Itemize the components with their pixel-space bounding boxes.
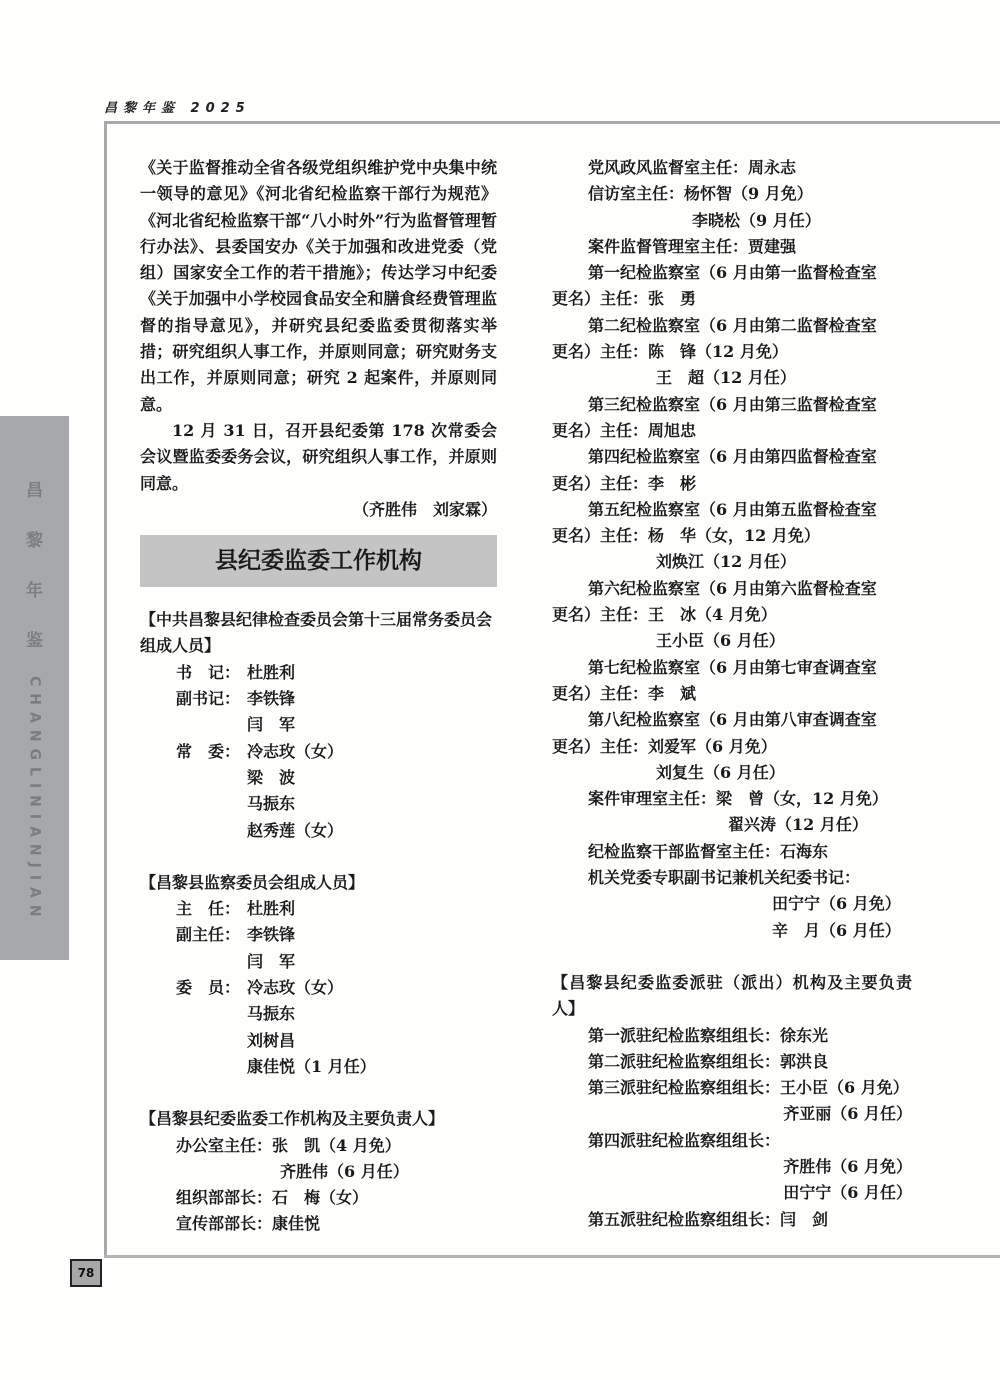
role-label: 书 记： bbox=[140, 660, 247, 686]
person-name: 赵秀莲（女） bbox=[247, 818, 343, 844]
person-name: 冷志玫（女） bbox=[247, 739, 343, 765]
roster-row: 闫 军 bbox=[140, 949, 497, 975]
side-thumb-tab: 昌 黎 年 鉴 CHANGLINIANJIAN bbox=[0, 416, 69, 960]
roster-line: 第四纪检监察室（6 月由第四监督检查室 bbox=[552, 444, 912, 470]
role-label bbox=[140, 1028, 247, 1054]
page-number: 78 bbox=[70, 1259, 102, 1287]
person-name: 康佳悦（1 月任） bbox=[247, 1054, 376, 1080]
roster-line: 第八纪检监察室（6 月由第八审查调查室 bbox=[552, 707, 912, 733]
roster-row: 马振东 bbox=[140, 791, 497, 817]
roster-row: 赵秀莲（女） bbox=[140, 818, 497, 844]
roster-line: 更名）主任：周旭忠 bbox=[552, 418, 912, 444]
person-name: 马振东 bbox=[247, 791, 295, 817]
role-label bbox=[140, 1054, 247, 1080]
frame-bottom-rule bbox=[104, 1255, 1000, 1258]
roster-line: 第三纪检监察室（6 月由第三监督检查室 bbox=[552, 392, 912, 418]
roster-row: 书 记：杜胜利 bbox=[140, 660, 497, 686]
frame-top-rule bbox=[104, 121, 1000, 124]
roster-line: 田宁宁（6 月免） bbox=[552, 891, 912, 917]
roster-line: 李晓松（9 月任） bbox=[552, 208, 912, 234]
roster-line: 齐亚丽（6 月任） bbox=[552, 1101, 912, 1127]
person-name: 杜胜利 bbox=[247, 660, 295, 686]
roster-row: 主 任：杜胜利 bbox=[140, 896, 497, 922]
role-label bbox=[140, 791, 247, 817]
frame-left-rule bbox=[104, 121, 107, 1258]
roster-line: 第五纪检监察室（6 月由第五监督检查室 bbox=[552, 497, 912, 523]
right-column: 党风政风监督室主任：周永志信访室主任：杨怀智（9 月免）李晓松（9 月任）案件监… bbox=[552, 155, 912, 1233]
roster-line: 田宁宁（6 月任） bbox=[552, 1180, 912, 1206]
side-tab-char: 黎 bbox=[26, 516, 43, 566]
side-tab-pinyin: CHANGLINIANJIAN bbox=[27, 676, 43, 924]
dispatched-roster: 第一派驻纪检监察组组长：徐东光第二派驻纪检监察组组长：郭洪良第三派驻纪检监察组组… bbox=[552, 1023, 912, 1233]
roster-row: 委 员：冷志玫（女） bbox=[140, 975, 497, 1001]
roster-row: 康佳悦（1 月任） bbox=[140, 1054, 497, 1080]
spacer bbox=[552, 944, 912, 970]
role-label: 主 任： bbox=[140, 896, 247, 922]
person-name: 闫 军 bbox=[247, 949, 295, 975]
roster-row: 副书记：李铁锋 bbox=[140, 686, 497, 712]
person-name: 李铁锋 bbox=[247, 686, 295, 712]
person-name: 闫 军 bbox=[247, 712, 295, 738]
role-label bbox=[140, 949, 247, 975]
right-roster: 党风政风监督室主任：周永志信访室主任：杨怀智（9 月免）李晓松（9 月任）案件监… bbox=[552, 155, 912, 944]
roster-line: 组织部部长：石 梅（女） bbox=[140, 1185, 497, 1211]
roster-line: 宣传部部长：康佳悦 bbox=[140, 1211, 497, 1237]
roster-line: 翟兴涛（12 月任） bbox=[552, 812, 912, 838]
roster-line: 王小臣（6 月任） bbox=[552, 628, 912, 654]
role-label: 副主任： bbox=[140, 922, 247, 948]
role-label: 副书记： bbox=[140, 686, 247, 712]
group-title-supervision-committee: 【昌黎县监察委员会组成人员】 bbox=[140, 870, 497, 896]
roster-line: 齐胜伟（6 月任） bbox=[140, 1159, 497, 1185]
group-title-dispatched: 【昌黎县纪委监委派驻（派出）机构及主要负责人】 bbox=[552, 970, 912, 1023]
spacer bbox=[140, 844, 497, 870]
group-title-standing-committee: 【中共昌黎县纪律检查委员会第十三届常务委员会组成人员】 bbox=[140, 607, 497, 660]
roster-line: 齐胜伟（6 月免） bbox=[552, 1154, 912, 1180]
roster-line: 更名）主任：李 斌 bbox=[552, 681, 912, 707]
roster-line: 更名）主任：刘爱军（6 月免） bbox=[552, 734, 912, 760]
roster-line: 更名）主任：陈 锋（12 月免） bbox=[552, 339, 912, 365]
role-label bbox=[140, 712, 247, 738]
roster-line: 办公室主任：张 凯（4 月免） bbox=[140, 1133, 497, 1159]
person-name: 刘树昌 bbox=[247, 1028, 295, 1054]
side-tab-char: 昌 bbox=[26, 466, 43, 516]
roster-line: 第四派驻纪检监察组组长： bbox=[552, 1128, 912, 1154]
roster-line: 案件审理室主任：梁 曾（女，12 月免） bbox=[552, 786, 912, 812]
role-label bbox=[140, 1001, 247, 1027]
roster-line: 第三派驻纪检监察组组长：王小臣（6 月免） bbox=[552, 1075, 912, 1101]
role-label: 委 员： bbox=[140, 975, 247, 1001]
roster-line: 信访室主任：杨怀智（9 月免） bbox=[552, 181, 912, 207]
person-name: 李铁锋 bbox=[247, 922, 295, 948]
roster-line: 辛 月（6 月任） bbox=[552, 918, 912, 944]
dec31-paragraph: 12 月 31 日，召开县纪委第 178 次常委会会议暨监委委务会议，研究组织人… bbox=[140, 418, 497, 497]
roster-line: 更名）主任：王 冰（4 月免） bbox=[552, 602, 912, 628]
role-label bbox=[140, 765, 247, 791]
role-label: 常 委： bbox=[140, 739, 247, 765]
group-title-work-bodies: 【昌黎县纪委监委工作机构及主要负责人】 bbox=[140, 1106, 497, 1132]
roster-line: 第二纪检监察室（6 月由第二监督检查室 bbox=[552, 313, 912, 339]
roster-line: 第六纪检监察室（6 月由第六监督检查室 bbox=[552, 576, 912, 602]
role-label bbox=[140, 818, 247, 844]
roster-row: 刘树昌 bbox=[140, 1028, 497, 1054]
side-tab-char: 鉴 bbox=[26, 616, 43, 666]
roster-line: 纪检监察干部监督室主任：石海东 bbox=[552, 839, 912, 865]
roster-line: 党风政风监督室主任：周永志 bbox=[552, 155, 912, 181]
side-tab-char: 年 bbox=[26, 566, 43, 616]
person-name: 杜胜利 bbox=[247, 896, 295, 922]
roster-line: 第七纪检监察室（6 月由第七审查调查室 bbox=[552, 655, 912, 681]
roster-row: 闫 军 bbox=[140, 712, 497, 738]
roster-line: 机关党委专职副书记兼机关纪委书记： bbox=[552, 865, 912, 891]
person-name: 冷志玫（女） bbox=[247, 975, 343, 1001]
roster-line: 第二派驻纪检监察组组长：郭洪良 bbox=[552, 1049, 912, 1075]
roster-line: 更名）主任：张 勇 bbox=[552, 286, 912, 312]
left-column: 《关于监督推动全省各级党组织维护党中央集中统一领导的意见》《河北省纪检监察干部行… bbox=[140, 155, 497, 1238]
roster-line: 第五派驻纪检监察组组长：闫 剑 bbox=[552, 1207, 912, 1233]
spacer bbox=[140, 1080, 497, 1106]
roster-row: 常 委：冷志玫（女） bbox=[140, 739, 497, 765]
roster-line: 案件监督管理室主任：贾建强 bbox=[552, 234, 912, 260]
person-name: 马振东 bbox=[247, 1001, 295, 1027]
section-title: 县纪委监委工作机构 bbox=[140, 535, 497, 587]
roster-row: 马振东 bbox=[140, 1001, 497, 1027]
roster-line: 刘复生（6 月任） bbox=[552, 760, 912, 786]
roster-line: 第一派驻纪检监察组组长：徐东光 bbox=[552, 1023, 912, 1049]
roster-row: 梁 波 bbox=[140, 765, 497, 791]
roster-line: 刘焕江（12 月任） bbox=[552, 549, 912, 575]
person-name: 梁 波 bbox=[247, 765, 295, 791]
running-head: 昌黎年鉴 2025 bbox=[104, 97, 251, 116]
roster-line: 王 超（12 月任） bbox=[552, 365, 912, 391]
roster-row: 副主任：李铁锋 bbox=[140, 922, 497, 948]
roster-line: 更名）主任：杨 华（女，12 月免） bbox=[552, 523, 912, 549]
intro-paragraph: 《关于监督推动全省各级党组织维护党中央集中统一领导的意见》《河北省纪检监察干部行… bbox=[140, 155, 497, 418]
byline: （齐胜伟 刘家霖） bbox=[140, 497, 497, 523]
roster-line: 更名）主任：李 彬 bbox=[552, 471, 912, 497]
roster-line: 第一纪检监察室（6 月由第一监督检查室 bbox=[552, 260, 912, 286]
